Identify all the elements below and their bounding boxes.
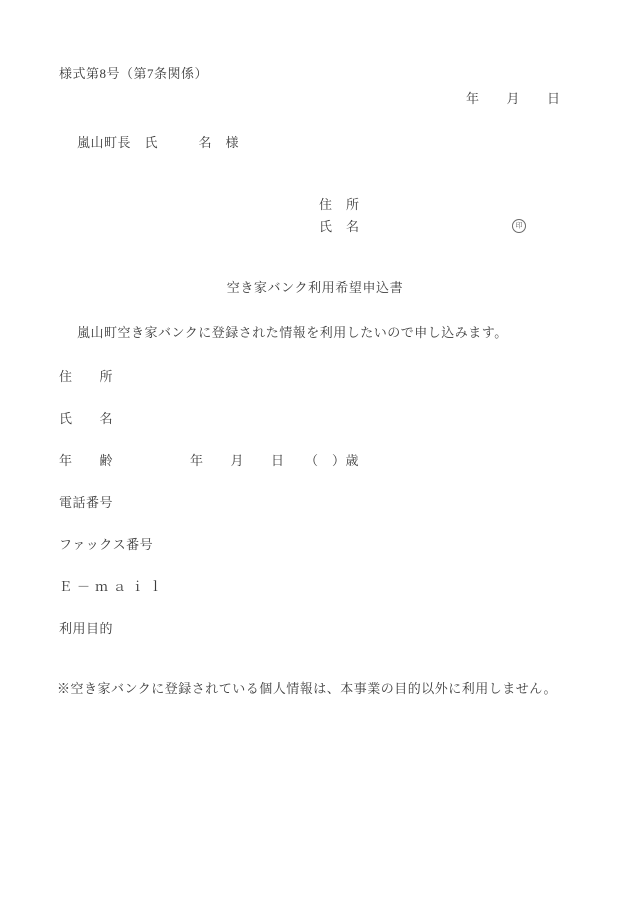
field-label-fax: ファックス番号 xyxy=(59,537,153,552)
field-label-name: 氏 名 xyxy=(59,411,113,426)
field-label-age: 年 齢 xyxy=(59,453,113,468)
document-title: 空き家バンク利用希望申込書 xyxy=(0,280,630,295)
application-form-page: 様式第8号（第7条関係） 年 月 日 嵐山町長 氏 名 様 住 所 氏 名 印 … xyxy=(0,0,630,915)
addressee-line: 嵐山町長 氏 名 様 xyxy=(77,135,239,150)
date-line: 年 月 日 xyxy=(466,91,561,106)
field-label-address: 住 所 xyxy=(59,369,113,384)
seal-mark-icon: 印 xyxy=(512,219,526,233)
field-label-phone: 電話番号 xyxy=(59,495,113,510)
form-number: 様式第8号（第7条関係） xyxy=(59,66,208,81)
privacy-note: ※空き家バンクに登録されている個人情報は、本事業の目的以外に利用しません。 xyxy=(57,681,557,696)
intro-sentence: 嵐山町空き家バンクに登録された情報を利用したいので申し込みます。 xyxy=(77,325,508,340)
applicant-name-label: 氏 名 xyxy=(319,219,360,234)
field-label-purpose: 利用目的 xyxy=(59,621,113,636)
applicant-address-label: 住 所 xyxy=(319,197,360,212)
field-label-email: Ｅ－ｍａｉｌ xyxy=(59,579,167,594)
seal-mark-label: 印 xyxy=(516,223,523,230)
age-date-detail: 年 月 日 （ ）歳 xyxy=(190,453,359,468)
